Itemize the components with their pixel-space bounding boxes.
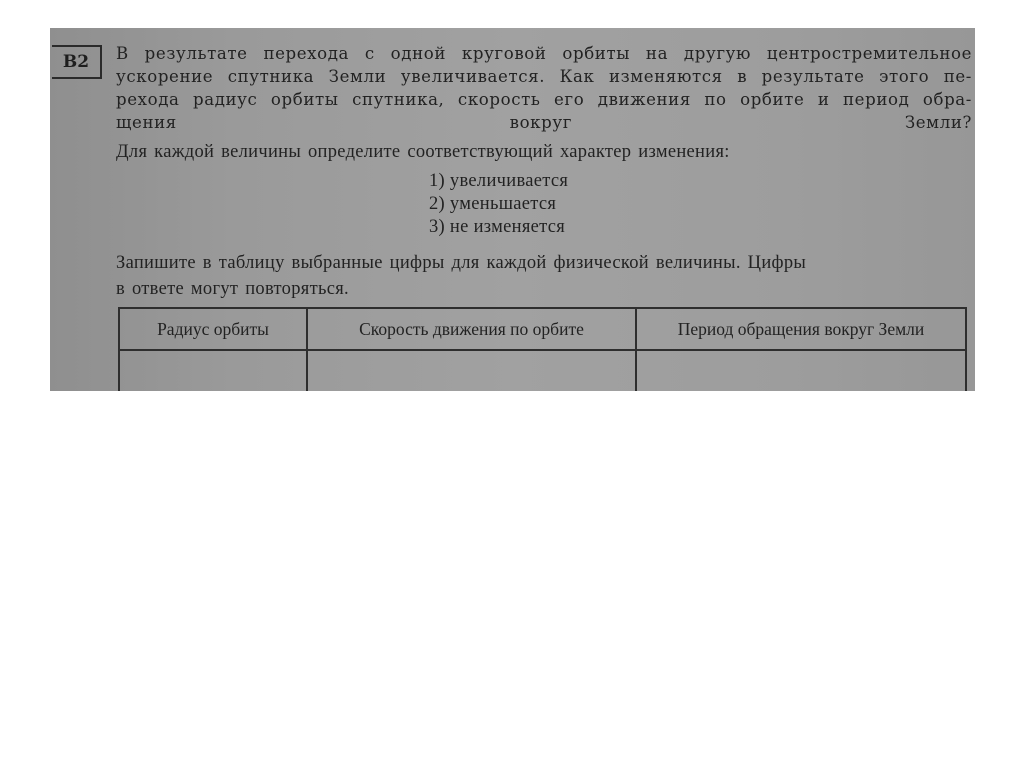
option-item: 3) не изменяется bbox=[429, 216, 568, 239]
option-item: 2) уменьшается bbox=[429, 193, 568, 216]
answer-cell-period[interactable] bbox=[636, 350, 966, 391]
header-orbital-period: Период обращения вокруг Земли bbox=[636, 308, 966, 350]
table-answer-row bbox=[119, 350, 966, 391]
question-line: рехода радиус орбиты спутника, скорость … bbox=[116, 88, 972, 111]
header-orbital-speed: Скорость движения по орбите bbox=[307, 308, 636, 350]
answer-instruction-line: в ответе могут повторяться. bbox=[116, 276, 972, 302]
textbook-page-photo: B2 В результате перехода с одной кругово… bbox=[50, 28, 975, 391]
answer-cell-speed[interactable] bbox=[307, 350, 636, 391]
instruction-text: Для каждой величины определите соответст… bbox=[116, 142, 972, 163]
answer-cell-radius[interactable] bbox=[119, 350, 307, 391]
options-list: 1) увеличивается 2) уменьшается 3) не из… bbox=[429, 170, 568, 239]
answer-instruction: Запишите в таблицу выбранные цифры для к… bbox=[116, 250, 972, 302]
question-line: В результате перехода с одной круговой о… bbox=[116, 42, 972, 65]
question-text: В результате перехода с одной круговой о… bbox=[116, 42, 972, 134]
task-label: B2 bbox=[52, 45, 102, 79]
question-line: ускорение спутника Земли увеличивается. … bbox=[116, 65, 972, 88]
header-orbit-radius: Радиус орбиты bbox=[119, 308, 307, 350]
option-item: 1) увеличивается bbox=[429, 170, 568, 193]
answer-instruction-line: Запишите в таблицу выбранные цифры для к… bbox=[116, 250, 972, 276]
table-header-row: Радиус орбиты Скорость движения по орбит… bbox=[119, 308, 966, 350]
answer-table: Радиус орбиты Скорость движения по орбит… bbox=[118, 307, 967, 391]
question-line: щения вокруг Земли? bbox=[116, 111, 972, 134]
